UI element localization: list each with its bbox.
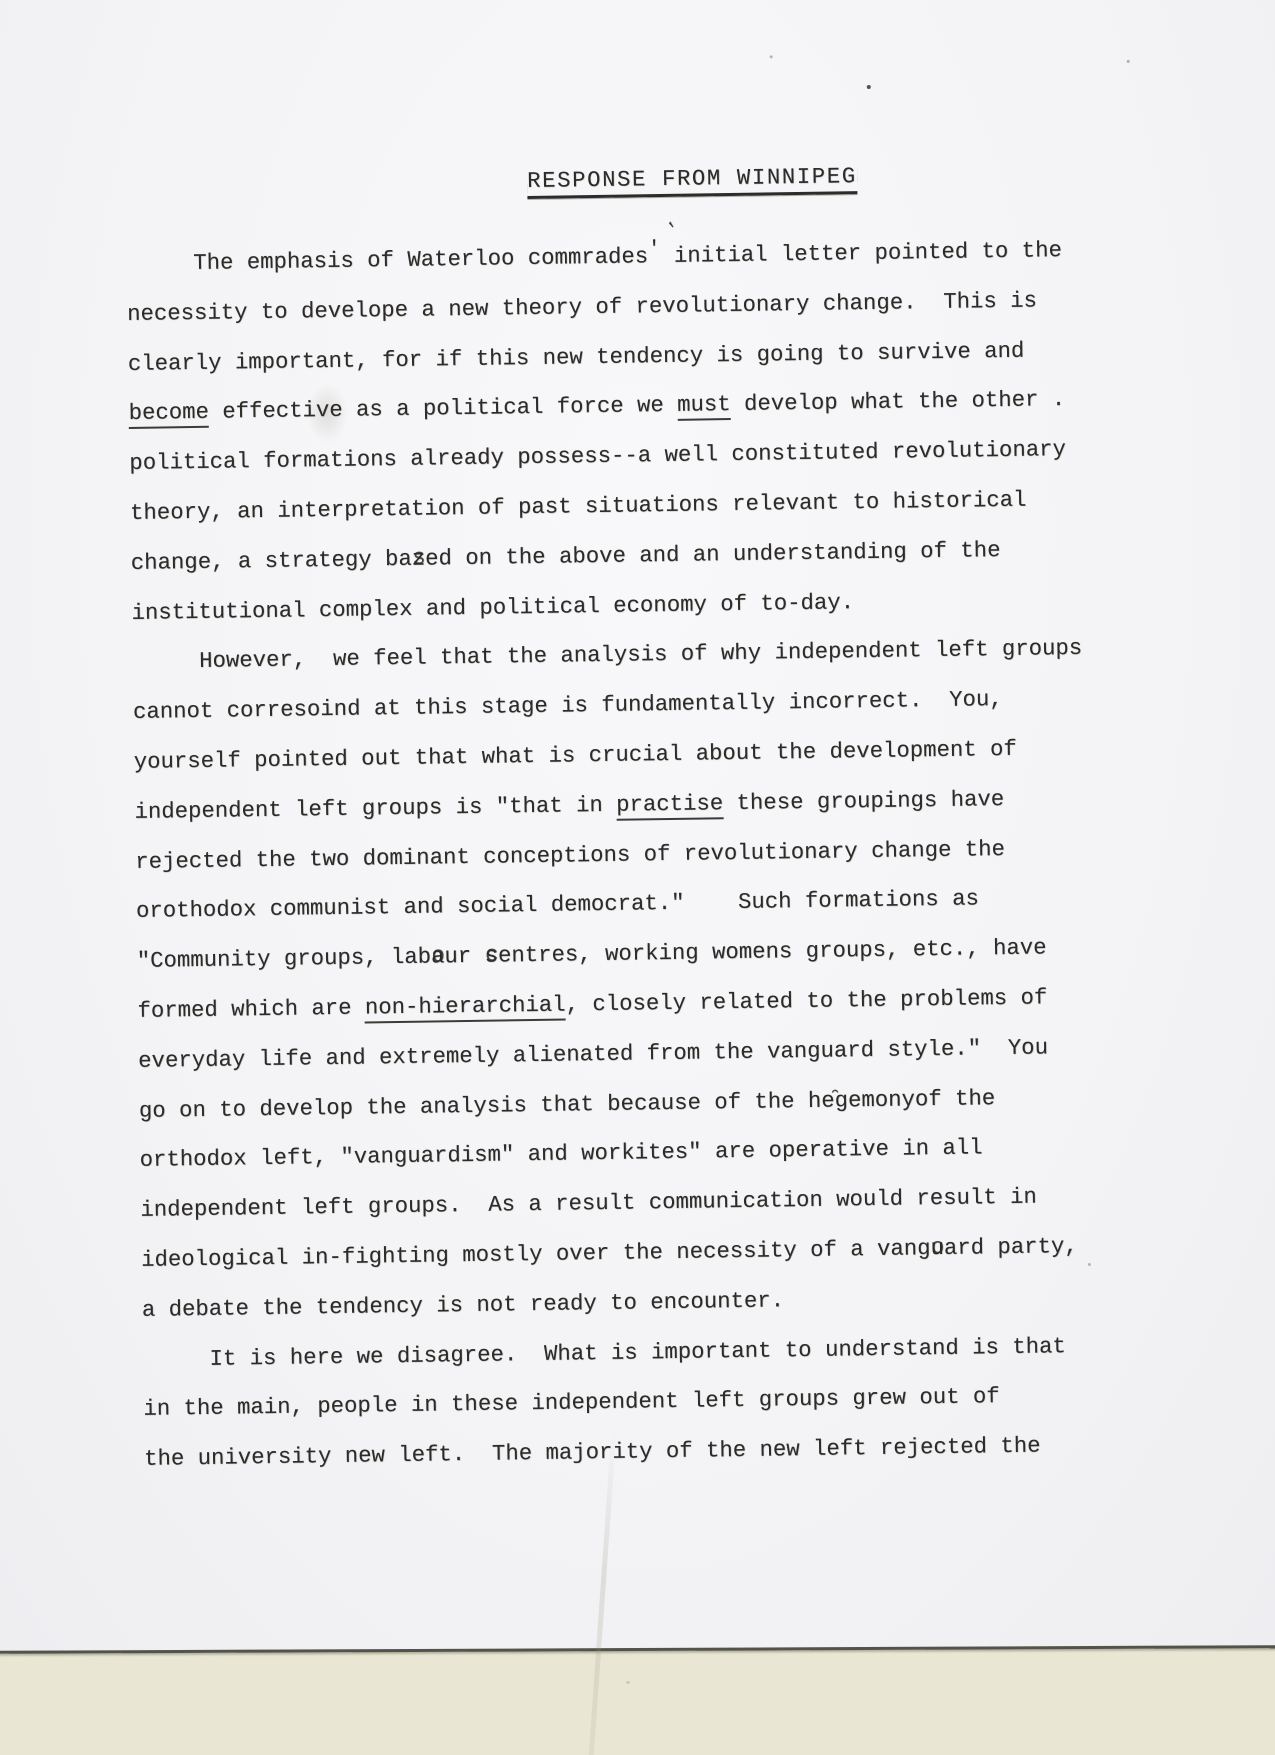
dust-speck [770,55,773,58]
dust-speck [867,85,871,89]
scanned-page: { "page": { "paper_color": "#f5f5f7", "b… [0,0,1275,1755]
document-title: RESPONSE FROM WINNIPEG [527,163,857,199]
dust-speck [1127,60,1130,63]
dust-speck [626,1681,630,1684]
typed-lines: The emphasis of Waterloo commrades' init… [125,155,1144,1485]
typed-document: RESPONSE FROM WINNIPEG , The emphasis of… [125,155,1144,1485]
